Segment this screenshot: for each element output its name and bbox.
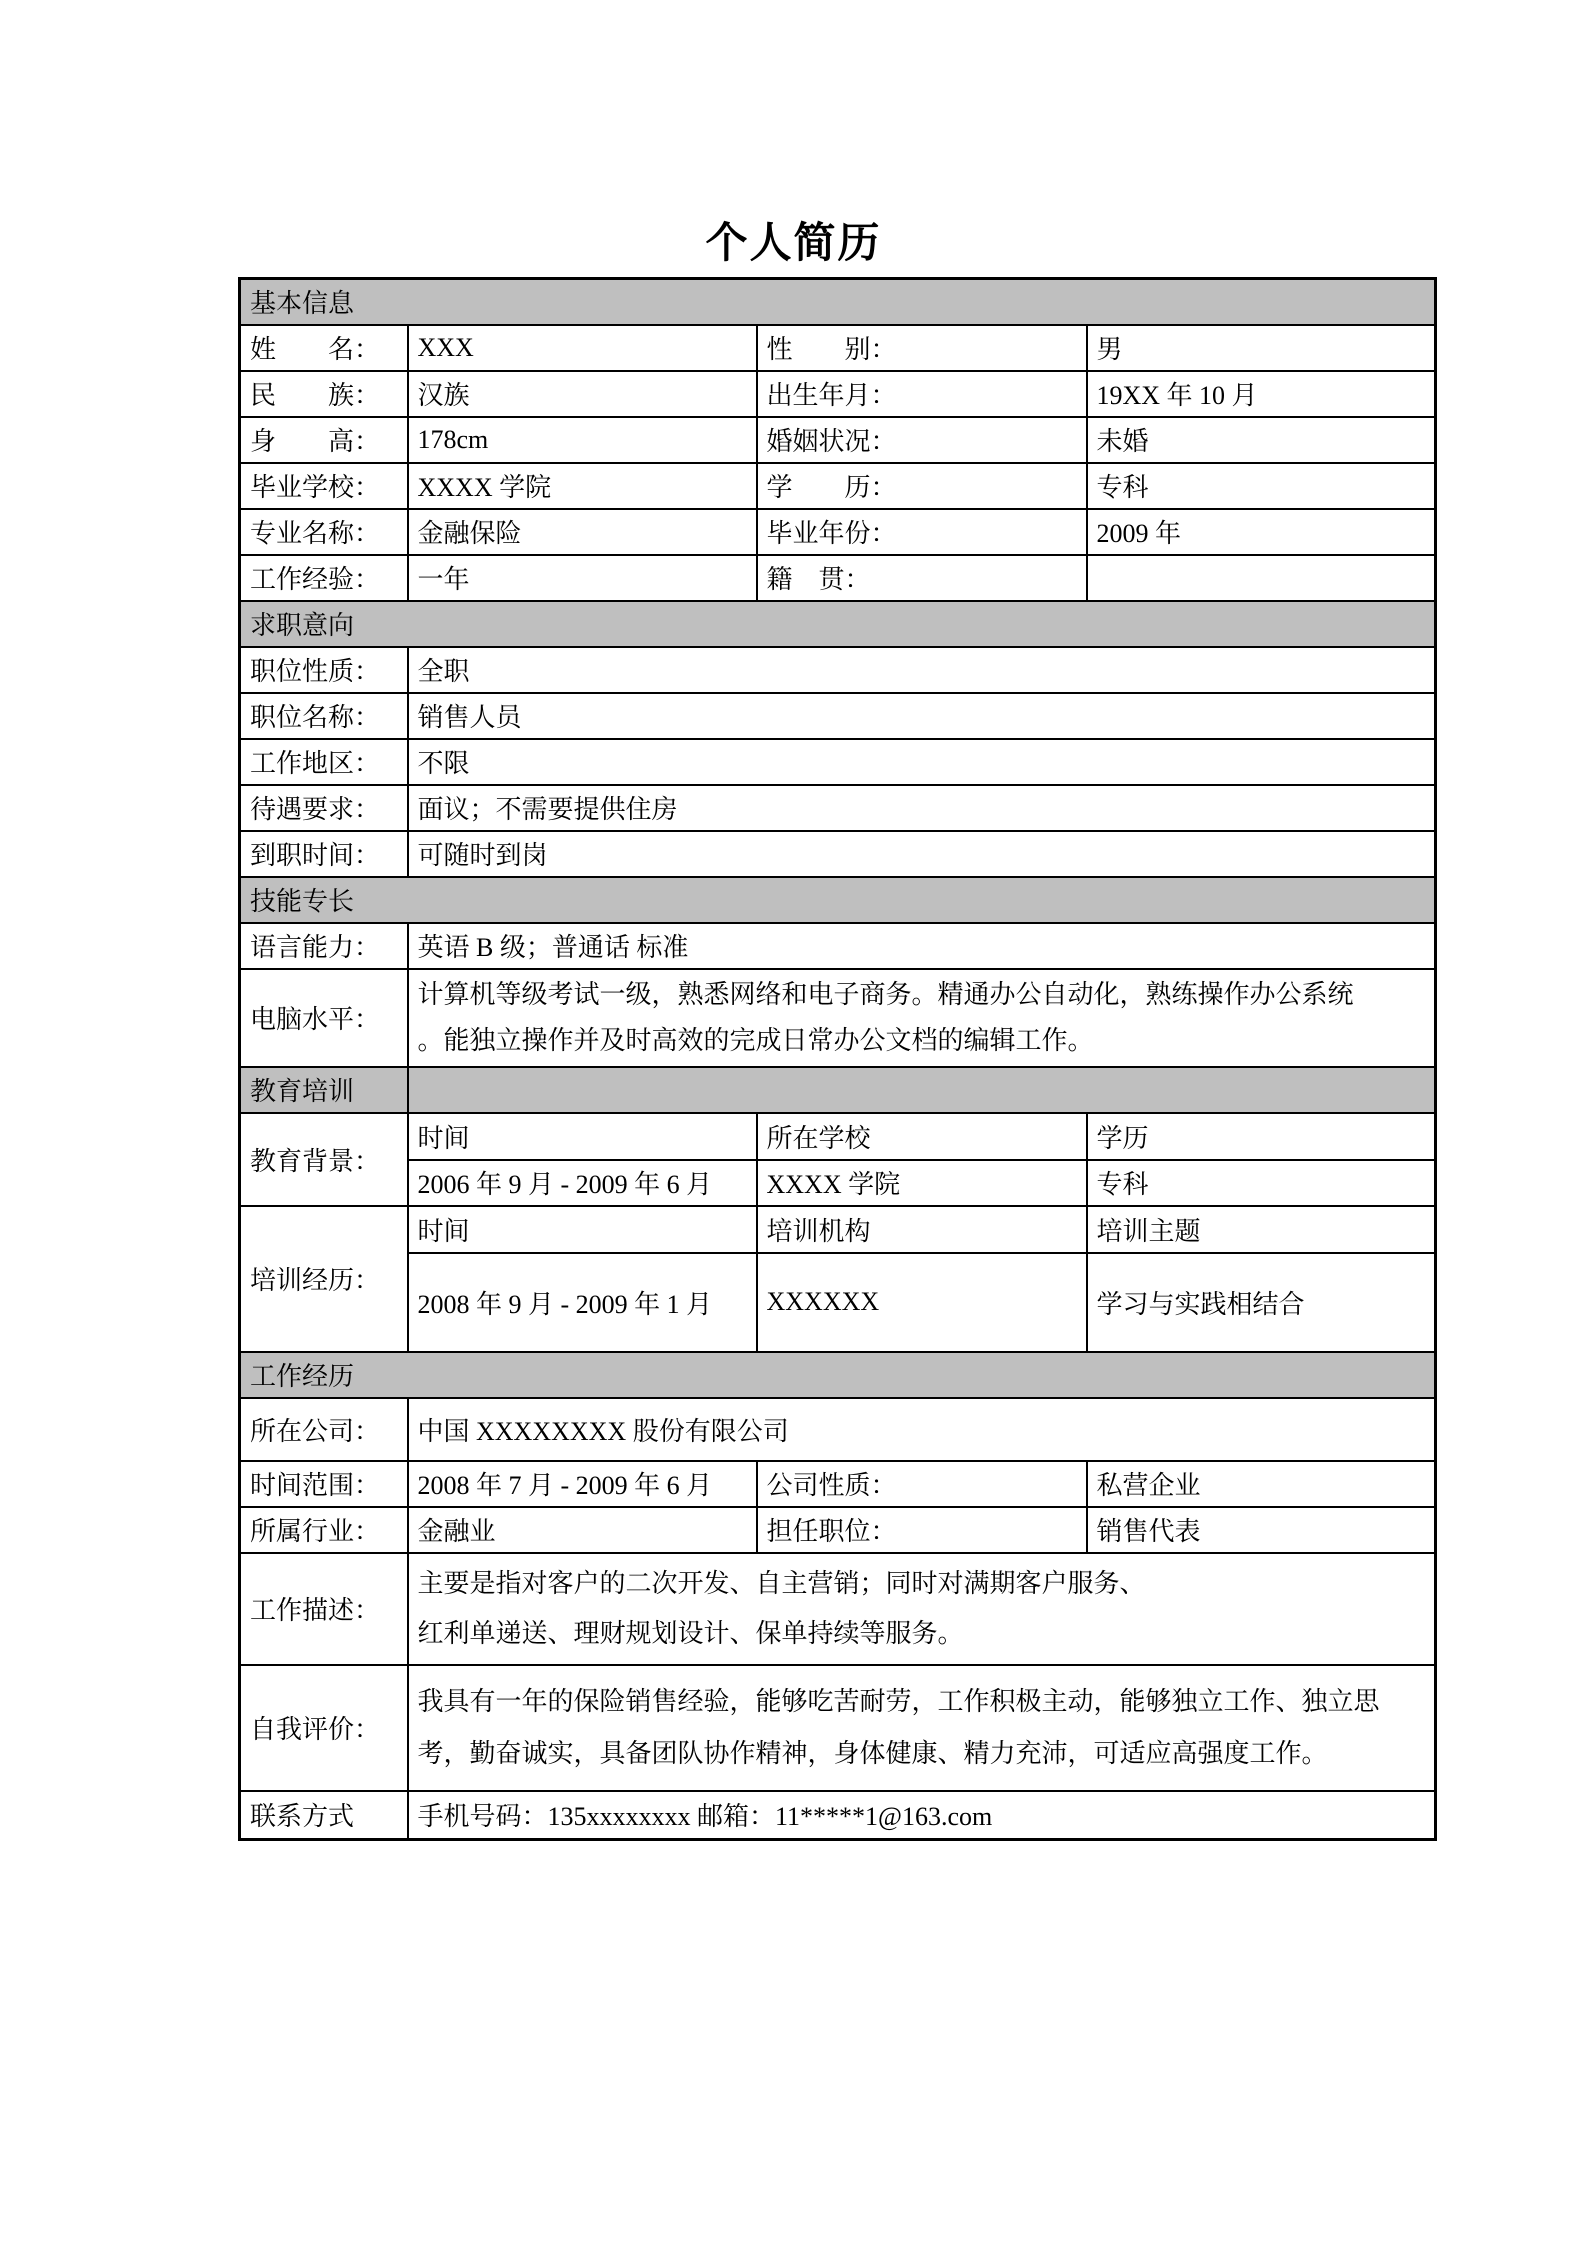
field-label: 职位名称： — [240, 693, 408, 739]
table-cell: 2006 年 9 月 - 2009 年 6 月 — [408, 1160, 757, 1206]
section-header-education: 教育培训 — [240, 1067, 408, 1113]
table-cell: XXXXXX — [757, 1253, 1087, 1352]
column-header: 学历 — [1087, 1113, 1436, 1160]
section-header-basic: 基本信息 — [240, 279, 1436, 325]
field-label: 毕业学校： — [240, 463, 408, 509]
field-value: 专科 — [1087, 463, 1436, 509]
field-label: 民 族： — [240, 371, 408, 417]
field-value: 178cm — [408, 417, 757, 463]
field-value: 销售人员 — [408, 693, 1436, 739]
field-label: 自我评价： — [240, 1665, 408, 1791]
field-label: 待遇要求： — [240, 785, 408, 831]
table-cell: 专科 — [1087, 1160, 1436, 1206]
field-label: 出生年月： — [757, 371, 1087, 417]
resume-table: 基本信息 姓 名： XXX 性 别： 男 民 族： 汉族 出生年月： 19XX … — [238, 277, 1437, 1841]
column-header: 培训机构 — [757, 1206, 1087, 1253]
field-value: 主要是指对客户的二次开发、自主营销；同时对满期客户服务、 红利单递送、理财规划设… — [408, 1553, 1436, 1665]
field-value: 全职 — [408, 647, 1436, 693]
field-value: 英语 B 级；普通话 标准 — [408, 923, 1436, 969]
field-value: 不限 — [408, 739, 1436, 785]
column-header: 培训主题 — [1087, 1206, 1436, 1253]
field-value: 手机号码：135xxxxxxxx 邮箱：11*****1@163.com — [408, 1791, 1436, 1840]
field-label: 工作描述： — [240, 1553, 408, 1665]
field-value: 19XX 年 10 月 — [1087, 371, 1436, 417]
field-value: 中国 XXXXXXXX 股份有限公司 — [408, 1398, 1436, 1461]
field-value: 一年 — [408, 555, 757, 601]
table-cell: 学习与实践相结合 — [1087, 1253, 1436, 1352]
column-header: 所在学校 — [757, 1113, 1087, 1160]
field-label: 学 历： — [757, 463, 1087, 509]
field-value-empty — [1087, 555, 1436, 601]
field-label: 姓 名： — [240, 325, 408, 371]
field-value: 2008 年 7 月 - 2009 年 6 月 — [408, 1461, 757, 1507]
table-cell: 2008 年 9 月 - 2009 年 1 月 — [408, 1253, 757, 1352]
field-label: 担任职位： — [757, 1507, 1087, 1553]
field-label: 毕业年份： — [757, 509, 1087, 555]
field-value: 私营企业 — [1087, 1461, 1436, 1507]
field-value: 男 — [1087, 325, 1436, 371]
field-label: 性 别： — [757, 325, 1087, 371]
field-label: 培训经历： — [240, 1206, 408, 1352]
field-label: 身 高： — [240, 417, 408, 463]
field-label: 工作地区： — [240, 739, 408, 785]
field-label: 籍 贯： — [757, 555, 1087, 601]
section-header-intention: 求职意向 — [240, 601, 1436, 647]
field-label: 工作经验： — [240, 555, 408, 601]
field-value: 未婚 — [1087, 417, 1436, 463]
field-label: 公司性质： — [757, 1461, 1087, 1507]
field-label: 时间范围： — [240, 1461, 408, 1507]
field-value: 金融保险 — [408, 509, 757, 555]
field-label: 所属行业： — [240, 1507, 408, 1553]
field-label: 专业名称： — [240, 509, 408, 555]
section-header-education-filler — [408, 1067, 1436, 1113]
field-value: 销售代表 — [1087, 1507, 1436, 1553]
field-value: 汉族 — [408, 371, 757, 417]
field-label: 电脑水平： — [240, 969, 408, 1067]
field-label: 到职时间： — [240, 831, 408, 877]
table-cell: XXXX 学院 — [757, 1160, 1087, 1206]
field-value: XXXX 学院 — [408, 463, 757, 509]
field-value: 金融业 — [408, 1507, 757, 1553]
field-label: 联系方式 — [240, 1791, 408, 1840]
resume-page: 个人简历 基本信息 姓 名： XXX 性 别： 男 民 族： 汉族 出生年月： … — [0, 0, 1587, 2245]
column-header: 时间 — [408, 1113, 757, 1160]
field-label: 所在公司： — [240, 1398, 408, 1461]
field-value: 面议；不需要提供住房 — [408, 785, 1436, 831]
field-label: 语言能力： — [240, 923, 408, 969]
field-value: 我具有一年的保险销售经验，能够吃苦耐劳，工作积极主动，能够独立工作、独立思 考，… — [408, 1665, 1436, 1791]
field-value: 可随时到岗 — [408, 831, 1436, 877]
field-label: 职位性质： — [240, 647, 408, 693]
page-title: 个人简历 — [0, 210, 1587, 270]
field-label: 婚姻状况： — [757, 417, 1087, 463]
section-header-work: 工作经历 — [240, 1352, 1436, 1398]
field-value: 2009 年 — [1087, 509, 1436, 555]
field-value: XXX — [408, 325, 757, 371]
field-value: 计算机等级考试一级，熟悉网络和电子商务。精通办公自动化，熟练操作办公系统 。能独… — [408, 969, 1436, 1067]
column-header: 时间 — [408, 1206, 757, 1253]
field-label: 教育背景： — [240, 1113, 408, 1206]
section-header-skills: 技能专长 — [240, 877, 1436, 923]
